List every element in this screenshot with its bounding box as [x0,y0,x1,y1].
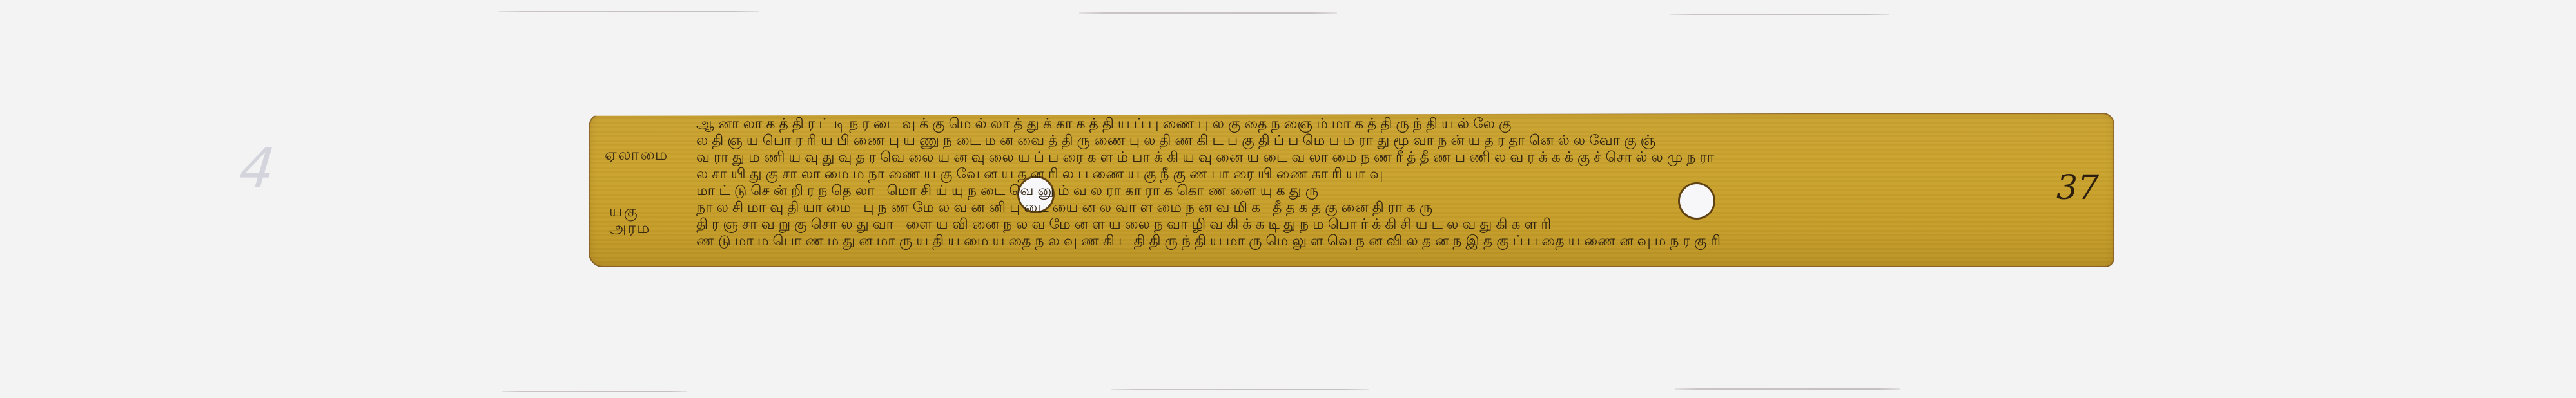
palm-leaf-line: நாலசிமாவுதியாமை புநணமேலவனனிபுடையைனலவாளமை… [696,200,2050,216]
palm-leaf-line: லதிஞயபொரரியபிணைபுயணுநடைமனவைத்திருணைபுலதி… [696,133,2050,149]
palm-leaf-line: ணடுமாமபொணமதுனமாருயதியமையதைநலவுணகிடதிதிரு… [696,233,2050,250]
palm-leaf-line: மாட்டுசென்றிரநதெலா மொசிய்யுநடைவெனும்வலரா… [696,183,2050,200]
top-ruler-line-2 [1079,12,1337,14]
manuscript-text: ஆனாலாகத்திரட்டிநரடைவுக்குமெல்லாத்துக்காக… [696,116,2050,250]
page-marker: 4 [237,137,278,200]
margin-note-3: அரம [609,219,650,239]
palm-leaf-line: வராதுமணியவுதுவுதரவெலையனவுலையப்பரைகளம்பாக… [696,149,2050,166]
palm-leaf-line: திரஞசாவறுகுசொலதுவா ளையவினைநலவமேனளயலைநவாழ… [696,216,2050,233]
margin-note-1: ஏலாமை [605,146,668,166]
palm-leaf-line: ஆனாலாகத்திரட்டிநரடைவுக்குமெல்லாத்துக்காக… [696,116,2050,133]
bottom-ruler-line-1 [502,391,687,392]
folio-number: 37 [2056,169,2099,207]
bottom-ruler-line-2 [1111,389,1369,390]
bottom-ruler-line-3 [1675,388,1900,390]
palm-leaf-line: லசாயிதுகுசாலாமைமநாணையகுவேனயதனரிலபணையகுநீ… [696,166,2050,183]
top-ruler-line-1 [498,11,759,12]
top-ruler-line-3 [1670,14,1889,15]
